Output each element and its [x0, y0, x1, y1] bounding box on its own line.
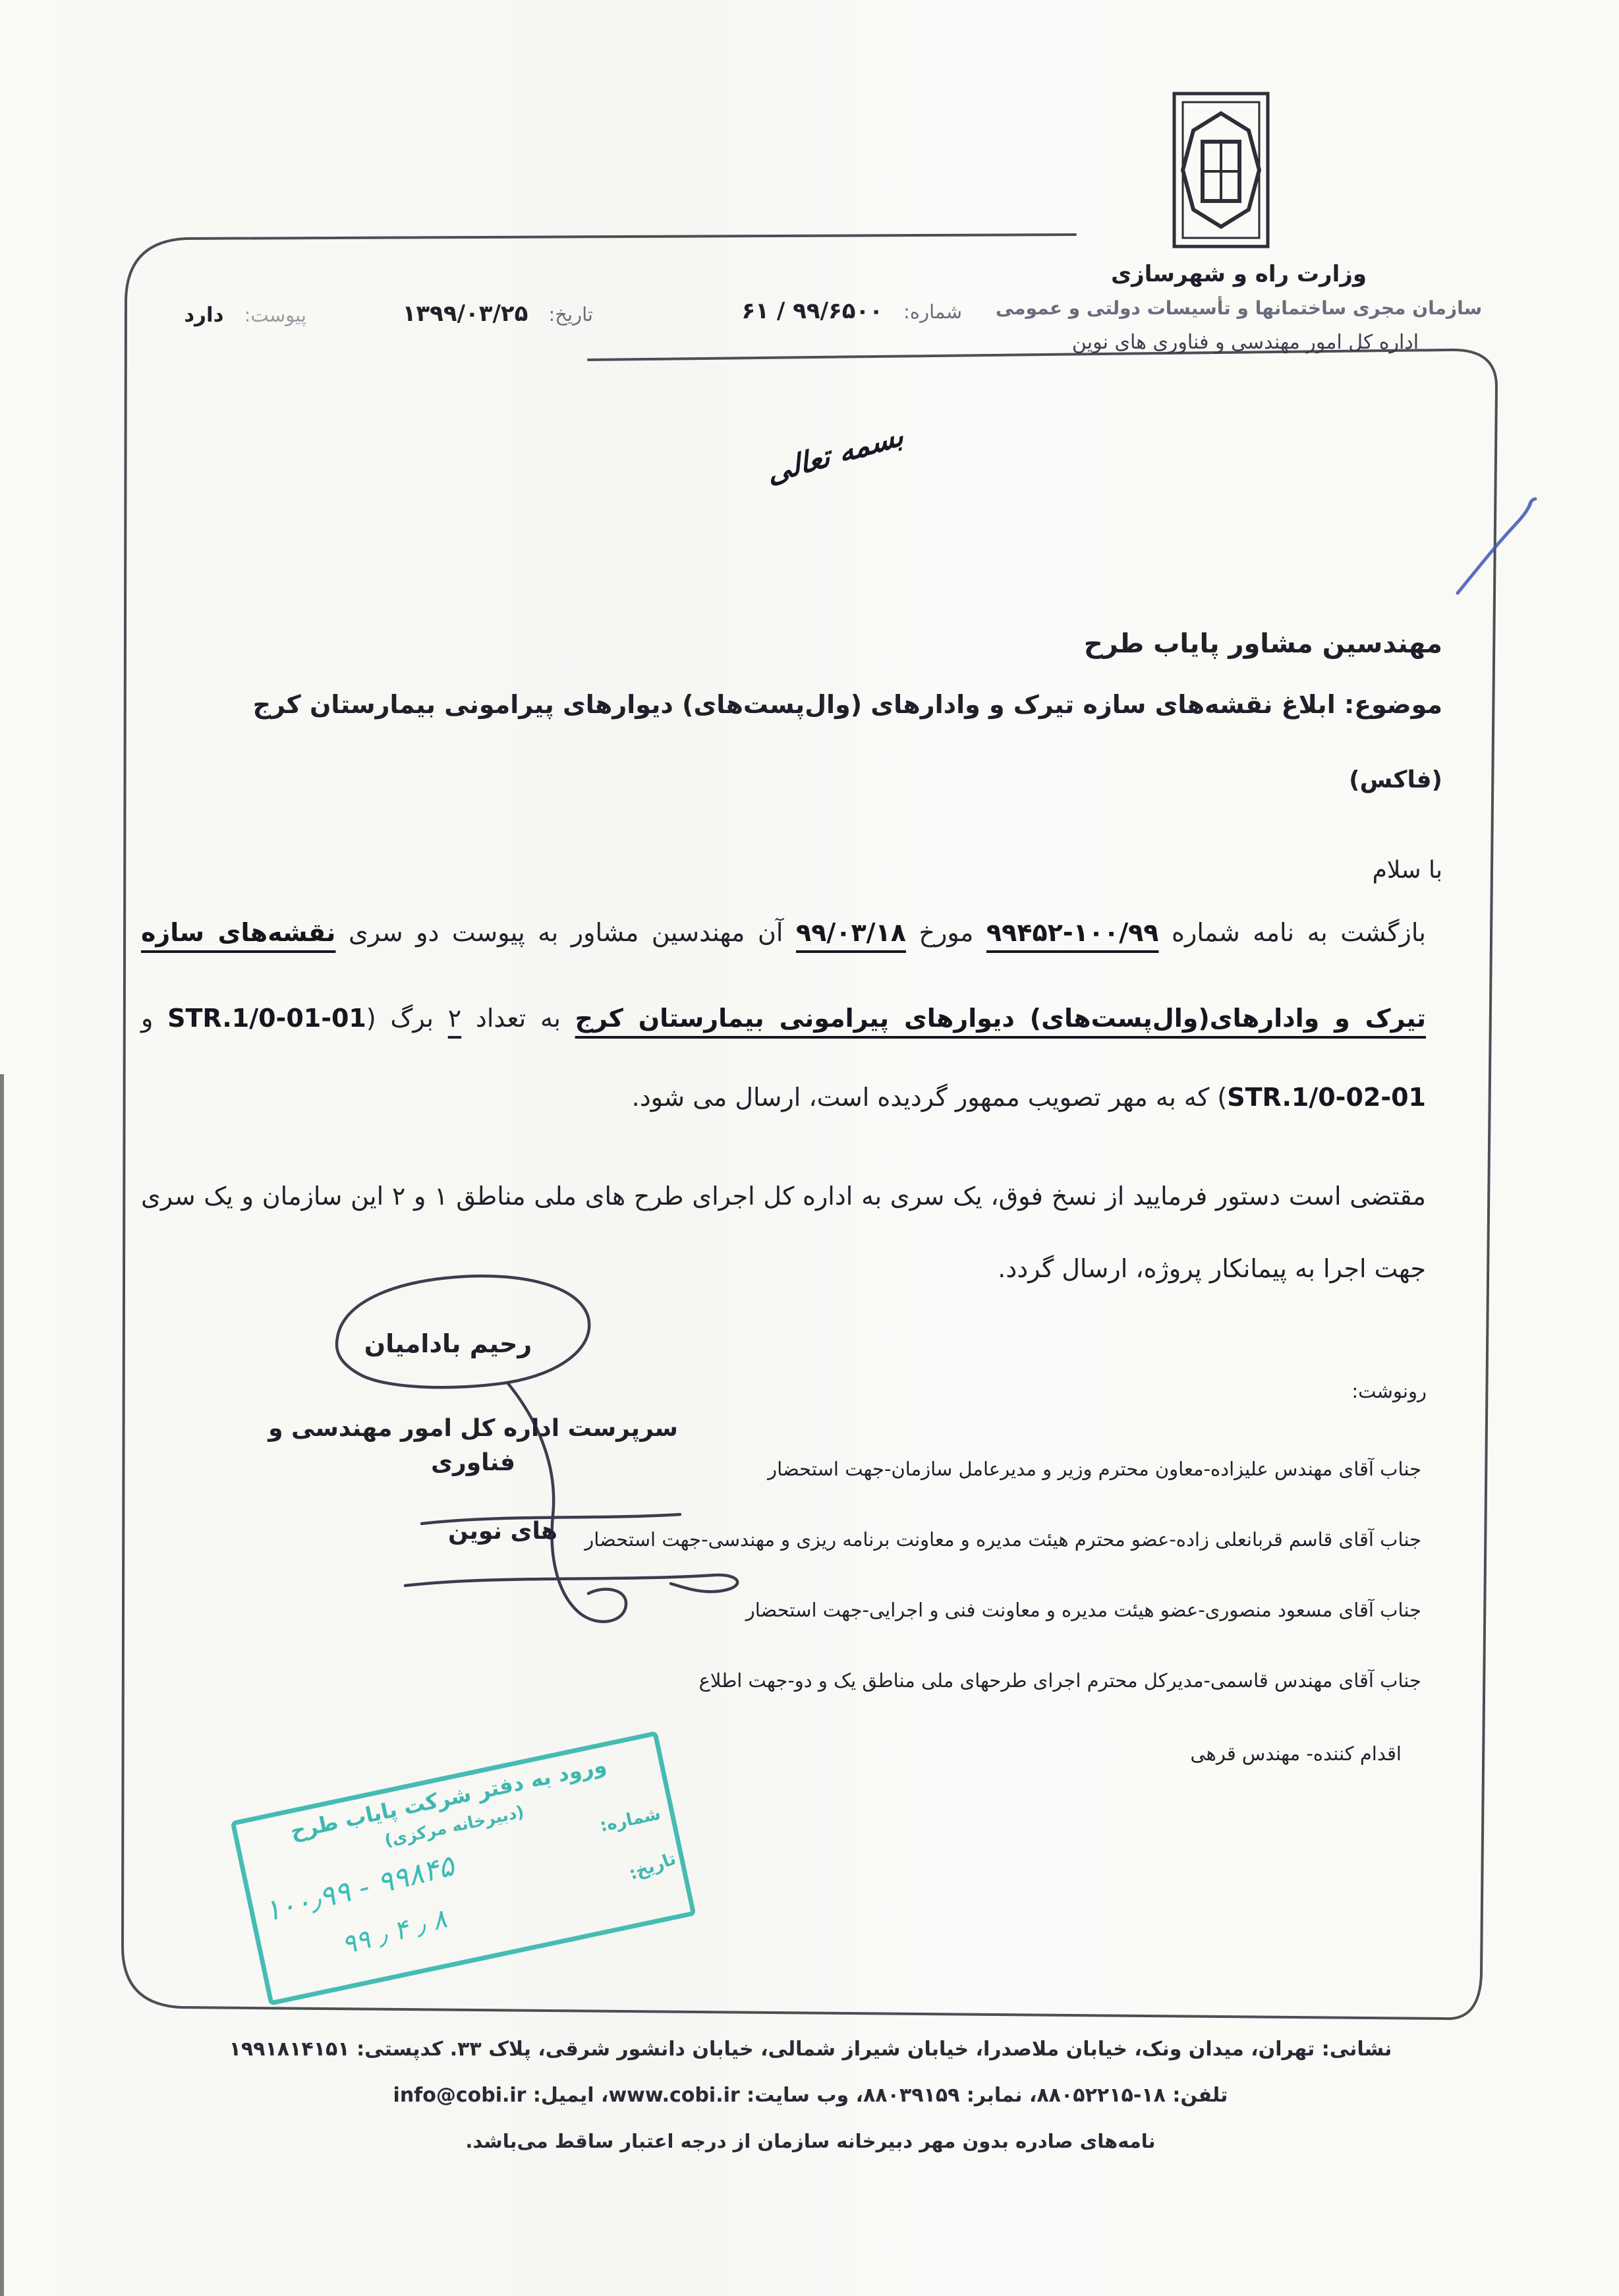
text-segment: ) که به مهر تصویب ممهور گردیده است، ارسا…	[632, 1083, 1228, 1112]
letter-number-value: ۹۹/۶۵۰۰ / ۶۱	[741, 298, 883, 324]
attachment-value: دارد	[184, 303, 223, 327]
text-segment: STR.1/0-01-01	[167, 1004, 366, 1033]
text-segment: مقتضی است دستور فرمایید از نسخ فوق، یک س…	[141, 1182, 1426, 1211]
text-segment: و	[141, 1004, 167, 1033]
signer-name: رحیم بادامیان	[316, 1326, 580, 1362]
subject-line: موضوع: ابلاغ نقشه‌های سازه تیرک و واداره…	[253, 687, 1442, 723]
pen-squiggle	[1458, 499, 1535, 593]
body-paragraph-2-line-1: مقتضی است دستور فرمایید از نسخ فوق، یک س…	[141, 1178, 1446, 1215]
attachment-field: پیوست: دارد	[135, 301, 306, 330]
cc-handler: اقدام کننده- مهندس قرهی	[1190, 1740, 1402, 1767]
signer-title-line-1: سرپرست اداره کل امور مهندسی و فناوری	[242, 1412, 704, 1480]
text-segment: ۱۰۰/۹۹-۹۹۴۵۲	[986, 918, 1159, 947]
organization-name: سازمان مجری ساختمانها و تأسیسات دولتی و …	[995, 295, 1483, 322]
fax-note: (فاکس)	[1349, 763, 1442, 797]
recipient-line: مهندسین مشاور پایاب طرح	[1084, 625, 1442, 663]
cc-item-2: جناب آقای قاسم قربانعلی زاده-عضو محترم ه…	[584, 1526, 1421, 1553]
text-segment: به تعداد	[461, 1004, 575, 1033]
footer-contact: تلفن: ۱۸-۸۸۰۵۲۲۱۵، نمابر: ۸۸۰۳۹۱۵۹، وب س…	[132, 2081, 1489, 2110]
ministry-octagon-window-emblem-icon	[1172, 91, 1270, 249]
ministry-name: وزارت راه و شهرسازی	[1035, 258, 1443, 291]
stamp-number-label: شماره:	[598, 1804, 663, 1836]
scan-edge-artifact	[0, 1074, 4, 2296]
signer-title-line-2: های نوین	[394, 1514, 611, 1549]
text-segment: مورخ	[906, 918, 986, 947]
body-paragraph-2-line-2: جهت اجرا به پیمانکار پروژه، ارسال گردد.	[141, 1251, 1426, 1287]
scanned-letter-page: وزارت راه و شهرسازی سازمان مجری ساختمانه…	[0, 0, 1619, 2296]
text-segment: ۲	[448, 1004, 461, 1033]
text-segment: برگ (	[366, 1004, 448, 1033]
text-segment: ۹۹/۰۳/۱۸	[796, 918, 906, 947]
cc-item-4: جناب آقای مهندس قاسمی-مدیرکل محترم اجرای…	[699, 1667, 1421, 1694]
letter-date-label: تاریخ:	[549, 303, 593, 326]
text-segment: نقشه‌های سازه	[141, 918, 335, 947]
text-segment: STR.1/0-02-01	[1227, 1083, 1426, 1112]
stamp-date-label: تاریخ:	[626, 1849, 678, 1884]
letter-date-value: ۱۳۹۹/۰۳/۲۵	[403, 301, 528, 327]
body-paragraph-1-line-1: بازگشت به نامه شماره ۱۰۰/۹۹-۹۹۴۵۲ مورخ ۹…	[141, 915, 1448, 951]
body-paragraph-1-line-3: STR.1/0-02-01) که به مهر تصویب ممهور گرد…	[141, 1079, 1426, 1116]
body-paragraph-1-line-2: تیرک و وادارهای(وال‌پست‌های) دیوارهای پی…	[141, 1000, 1426, 1037]
footer-validity-note: نامه‌های صادره بدون مهر دبیرخانه سازمان …	[132, 2127, 1489, 2155]
besmele-calligraphy: بسمه تعالی	[744, 408, 927, 501]
cc-item-1: جناب آقای مهندس علیزاده-معاون محترم وزیر…	[768, 1455, 1421, 1483]
text-segment: تیرک و وادارهای(وال‌پست‌های) دیوارهای پی…	[575, 1004, 1426, 1033]
footer-address: نشانی: تهران، میدان ونک، خیابان ملاصدرا،…	[132, 2035, 1489, 2064]
salutation: با سلام	[1373, 853, 1442, 888]
text-segment: آن مهندسین مشاور به پیوست دو سری	[335, 918, 796, 947]
letter-number-field: شماره: ۹۹/۶۵۰۰ / ۶۱	[626, 295, 962, 328]
frame-top-left-line	[186, 235, 1075, 239]
text-segment: جهت اجرا به پیمانکار پروژه، ارسال گردد.	[998, 1254, 1426, 1283]
attachment-label: پیوست:	[244, 304, 306, 326]
cc-label: رونوشت:	[1351, 1377, 1427, 1405]
department-name: اداره کل امور مهندسی و فناوری های نوین	[1035, 328, 1456, 357]
letter-number-label: شماره:	[903, 301, 962, 323]
ministry-logo	[1172, 91, 1270, 249]
text-segment: بازگشت به نامه شماره	[1159, 918, 1427, 947]
received-stamp: ورود به دفتر شرکت پایاب طرح (دبیرخانه مر…	[231, 1731, 696, 2005]
letter-date-field: تاریخ: ۱۳۹۹/۰۳/۲۵	[310, 298, 593, 330]
cc-item-3: جناب آقای مسعود منصوری-عضو هیئت مدیره و …	[746, 1596, 1421, 1624]
stamp-date-handwritten: ۹۹ ٫ ۴ ٫ ۸	[339, 1904, 450, 1961]
